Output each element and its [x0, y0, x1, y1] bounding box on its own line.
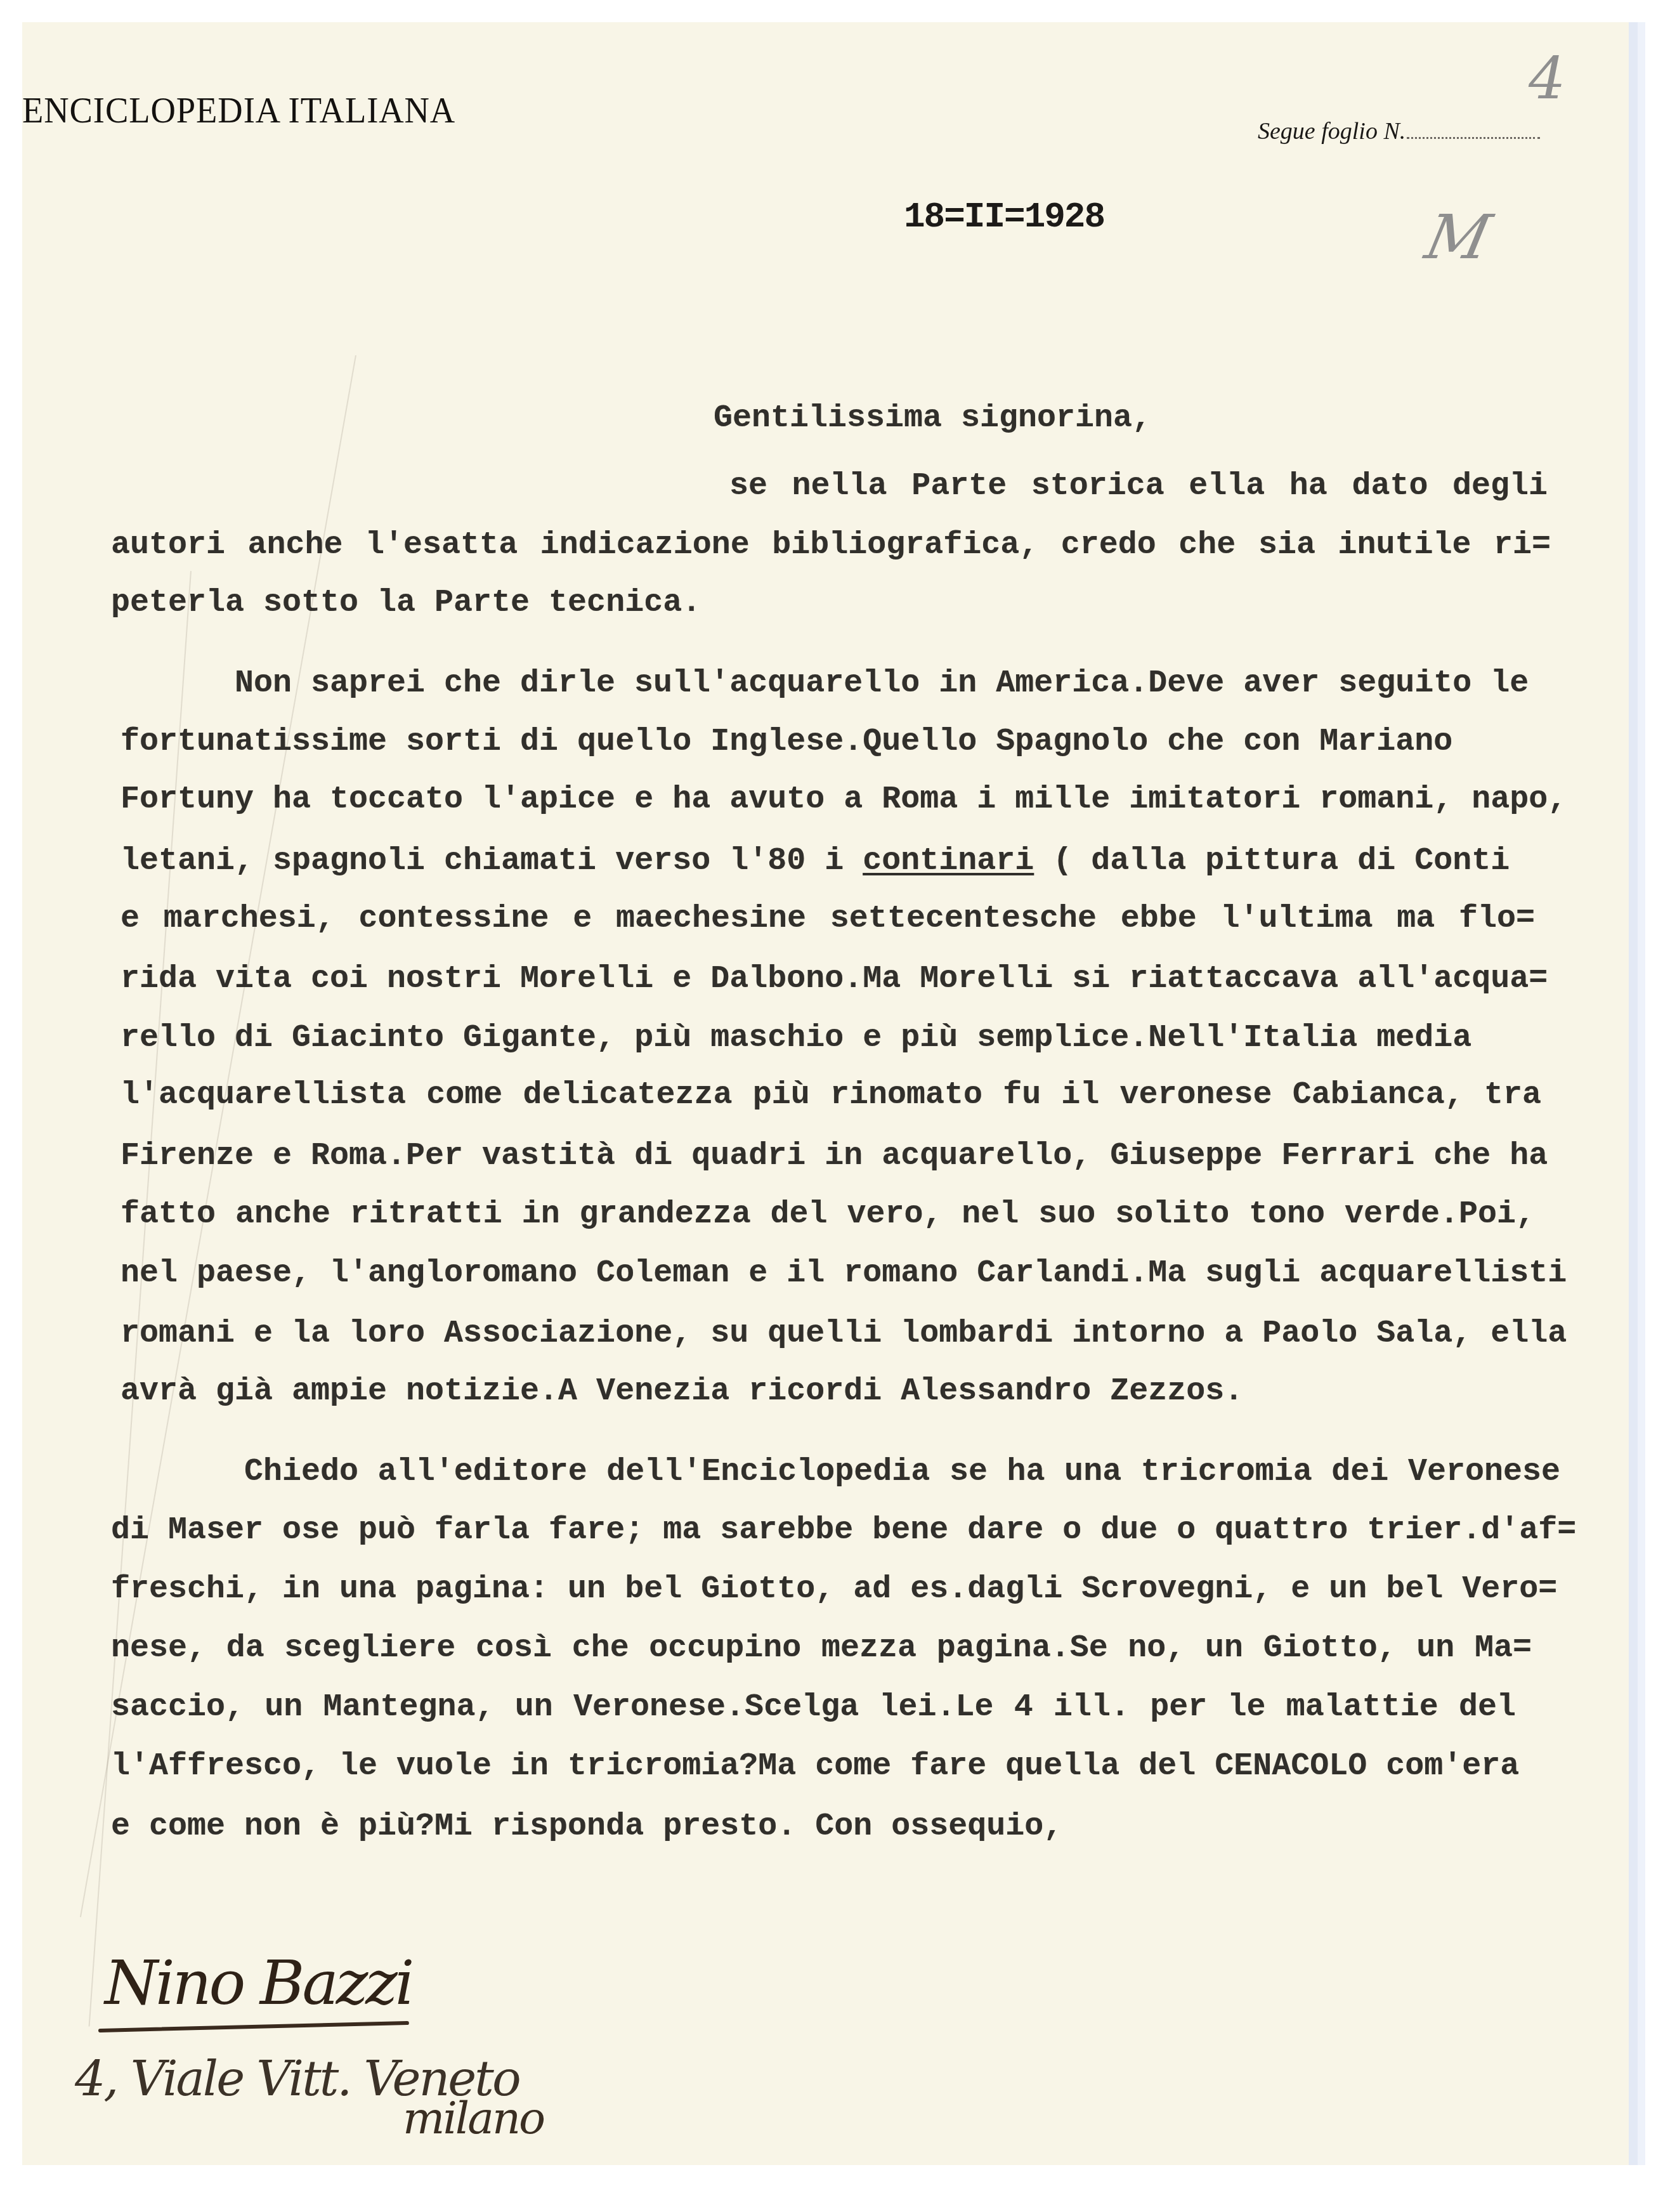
body-line: Non saprei che dirle sull'acquarello in … — [235, 665, 1529, 703]
handwritten-signature: Nino Bazzi — [105, 1947, 412, 2019]
body-line: peterla sotto la Parte tecnica. — [111, 584, 701, 622]
body-line: saccio, un Mantegna, un Veronese.Scelga … — [111, 1689, 1516, 1727]
body-line: l'acquarellista come delicatezza più rin… — [121, 1077, 1541, 1115]
body-line: rello di Giacinto Gigante, più maschio e… — [121, 1019, 1414, 1057]
body-line: Chiedo all'editore dell'Enciclopedia se … — [244, 1453, 1560, 1491]
segue-foglio-dotted-line — [1407, 136, 1540, 139]
body-line: e come non è più?Mi risponda presto. Con… — [111, 1808, 1062, 1846]
segue-foglio-field: Segue foglio N. — [1258, 117, 1540, 145]
body-line: fatto anche ritratti in grandezza del ve… — [121, 1196, 1535, 1234]
body-line: freschi, in una pagina: un bel Giotto, a… — [111, 1571, 1551, 1609]
body-line-text: ( dalla pittura di Conti — [1034, 843, 1510, 879]
body-line: avrà già ampie notizie.A Venezia ricordi… — [121, 1373, 1243, 1411]
body-line: romani e la loro Associazione, su quelli… — [121, 1315, 1554, 1353]
segue-foglio-label: Segue foglio N. — [1258, 118, 1406, 145]
body-line: rida vita coi nostri Morelli e Dalbono.M… — [121, 960, 1548, 998]
body-line: di Maser ose può farla fare; ma sarebbe … — [111, 1512, 1560, 1550]
body-line: se nella Parte storica ella ha dato degl… — [729, 468, 1548, 506]
letterhead-title: ENCICLOPEDIA ITALIANA — [22, 89, 455, 131]
handwritten-city: milano — [403, 2092, 544, 2144]
body-line: autori anche l'esatta indicazione biblio… — [111, 527, 1551, 565]
body-line: fortunatissime sorti di quello Inglese.Q… — [121, 723, 1414, 761]
body-line: letani, spagnoli chiamati verso l'80 i c… — [121, 842, 1516, 880]
pencil-page-number: 4 — [1529, 44, 1566, 112]
body-line: e marchesi, contessine e maechesine sett… — [121, 900, 1535, 938]
body-line: l'Affresco, le vuole in tricromia?Ma com… — [111, 1748, 1519, 1786]
underlined-term-continari: continari — [863, 843, 1034, 879]
salutation: Gentilissima signorina, — [714, 400, 1151, 438]
body-line: nel paese, l'angloromano Coleman e il ro… — [121, 1255, 1560, 1293]
body-line-text: letani, spagnoli chiamati verso l'80 i — [121, 843, 863, 879]
letter-date: 18=II=1928 — [904, 197, 1104, 237]
body-line: Fortuny ha toccato l'apice e ha avuto a … — [121, 781, 1541, 819]
body-line: nese, da scegliere così che occupino mez… — [111, 1630, 1532, 1668]
body-line: Firenze e Roma.Per vastità di quadri in … — [121, 1137, 1548, 1175]
